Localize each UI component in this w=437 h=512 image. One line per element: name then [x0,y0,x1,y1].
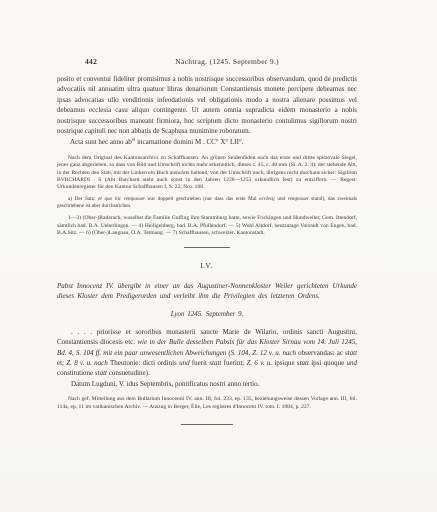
geographic-notes: 1—3) (Ober-)Raderach, woselbst die Famil… [57,215,357,237]
source-note-lv: Nach gef. Mitteilung aus dem Bullarium I… [57,396,357,411]
acta-text-post: incarnatione domini M . CC° X° LII°. [135,138,243,146]
book-page: 442 Nachtrag. (1245. September 9.) posit… [0,0,437,512]
end-of-document-rule [181,424,233,425]
running-title: Nachtrag. (1245. September 9.) [97,57,357,66]
document-number: LV. [57,261,357,270]
footnote-a: a) Der Satz: et quo hic rempasset war do… [57,196,357,210]
regest-summary: Pabst Innocenz IV. übergibt in einer an … [57,281,357,301]
page-header: 442 Nachtrag. (1245. September 9.) [57,57,357,66]
bull-body-text: . . . . priorisse et sororibus monasteri… [57,327,357,379]
acta-text-pre: Acta sunt hec anno ab [70,138,132,146]
section-divider-rule [184,247,230,248]
datum-line: Datum Lugduni, V. idus Septembris, ponti… [57,379,357,389]
place-date-line: Lyon 1245. September 9. [57,310,357,318]
page-number: 442 [57,57,97,66]
source-note-prev-doc: Nach dem Original des Kantonsarchivs zu … [57,155,357,192]
charter-body-text: posito et conventui fideliter promisimus… [57,74,357,136]
acta-dating-line: Acta sunt hec anno aba) incarnatione dom… [57,137,357,147]
